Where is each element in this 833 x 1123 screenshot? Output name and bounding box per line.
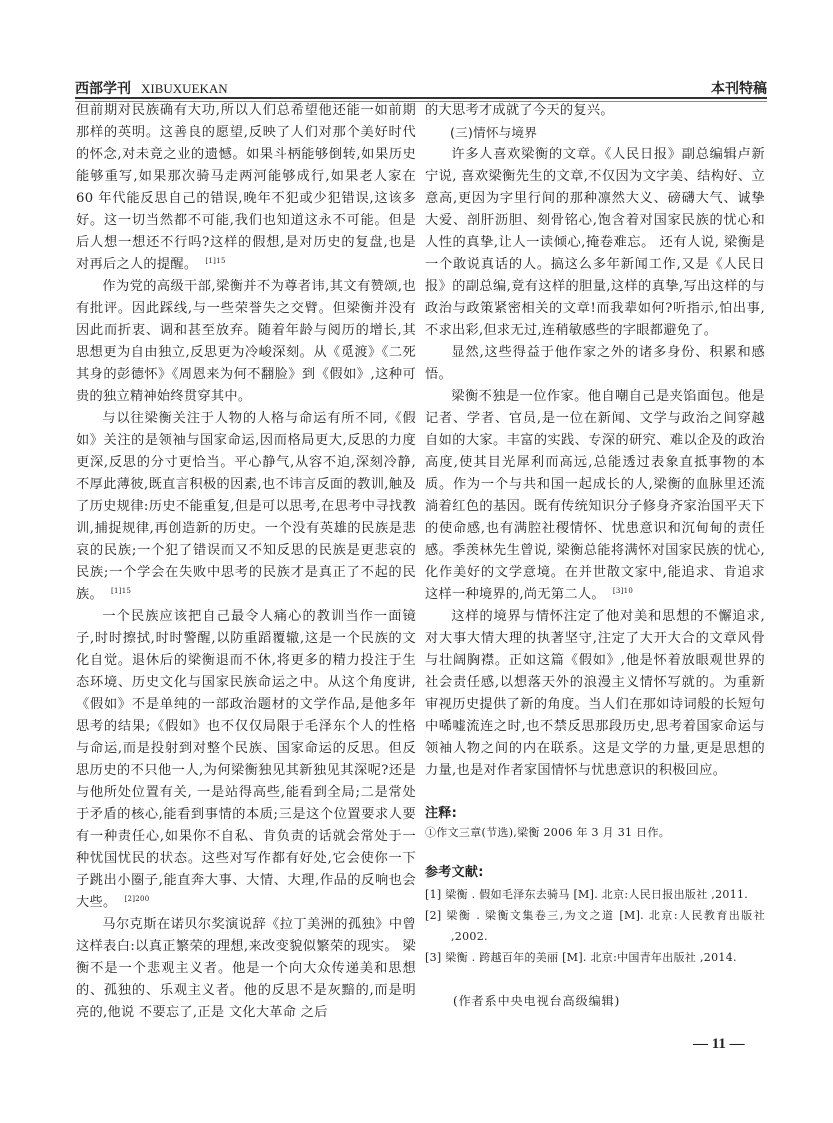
journal-title: 西部学刊XIBUXUEKAN xyxy=(75,78,228,98)
header-rule-thick xyxy=(75,97,767,99)
paragraph: 一个民族应该把自己最令人痛心的教训当作一面镜子,时时擦拭,时时警醒,以防重蹈覆辙… xyxy=(76,606,416,914)
right-column: 的大思考才成就了今天的复兴。 (三)情怀与境界 许多人喜欢梁衡的文章。《人民日报… xyxy=(425,100,765,1012)
paragraph: 与以往梁衡关注于人物的人格与命运有所不同,《假如》关注的是领袖与国家命运,因而格… xyxy=(76,408,416,606)
paragraph: 显然,这些得益于他作家之外的诸多身份、积累和感悟。 xyxy=(425,342,765,386)
journal-name-en: XIBUXUEKAN xyxy=(141,81,228,96)
paragraph: 梁衡不独是一位作家。他自嘲自己是夹馅面包。他是记者、学者、官员,是一位在新闻、文… xyxy=(425,386,765,606)
note-item: ①作文三章(节选),梁衡 2006 年 3 月 31 日作。 xyxy=(425,824,765,842)
reference-item: [3] 梁衡 . 跨越百年的美丽 [M]. 北京:中国青年出版社 ,2014. xyxy=(425,947,765,968)
running-header: 西部学刊XIBUXUEKAN 本刊特稿 xyxy=(75,78,767,100)
page-number: — 11 — xyxy=(693,1036,745,1053)
paragraph: 这样的境界与情怀注定了他对美和思想的不懈追求,对大事大情大理的执著坚守,注定了大… xyxy=(425,606,765,782)
citation: [1]15 xyxy=(111,587,131,595)
references-heading: 参考文献: xyxy=(425,862,765,884)
section-label: 本刊特稿 xyxy=(711,78,767,98)
citation: [2]200 xyxy=(124,895,149,903)
section-subheading: (三)情怀与境界 xyxy=(425,122,765,144)
paragraph: 但前期对民族确有大功,所以人们总希望他还能一如前期那样的英明。这善良的愿望,反映… xyxy=(76,100,416,276)
reference-item: [1] 梁衡 . 假如毛泽东去骑马 [M]. 北京:人民日报出版社 ,2011. xyxy=(425,884,765,905)
paragraph: 许多人喜欢梁衡的文章。《人民日报》副总编辑卢新宁说, 喜欢梁衡先生的文章,不仅因… xyxy=(425,144,765,342)
notes-heading: 注释: xyxy=(425,804,765,824)
reference-item: [2] 梁衡 . 梁衡文集卷三,为文之道 [M]. 北京:人民教育出版社 ,20… xyxy=(425,905,765,947)
author-note: (作者系中央电视台高级编辑) xyxy=(425,990,765,1012)
paragraph: 作为党的高级干部,梁衡并不为尊者讳,其文有赞颂,也有批评。因此踩线,与一些荣誉失… xyxy=(76,276,416,408)
journal-name-cn: 西部学刊 xyxy=(75,81,131,97)
citation: [3]10 xyxy=(613,587,633,595)
paragraph: 马尔克斯在诺贝尔奖演说辞《拉丁美洲的孤独》中曾这样表白:以真正繁荣的理想,来改变… xyxy=(76,914,416,1024)
left-column: 但前期对民族确有大功,所以人们总希望他还能一如前期那样的英明。这善良的愿望,反映… xyxy=(76,100,416,1024)
citation: [1]15 xyxy=(205,257,225,265)
paragraph-continuation: 的大思考才成就了今天的复兴。 xyxy=(425,100,765,122)
